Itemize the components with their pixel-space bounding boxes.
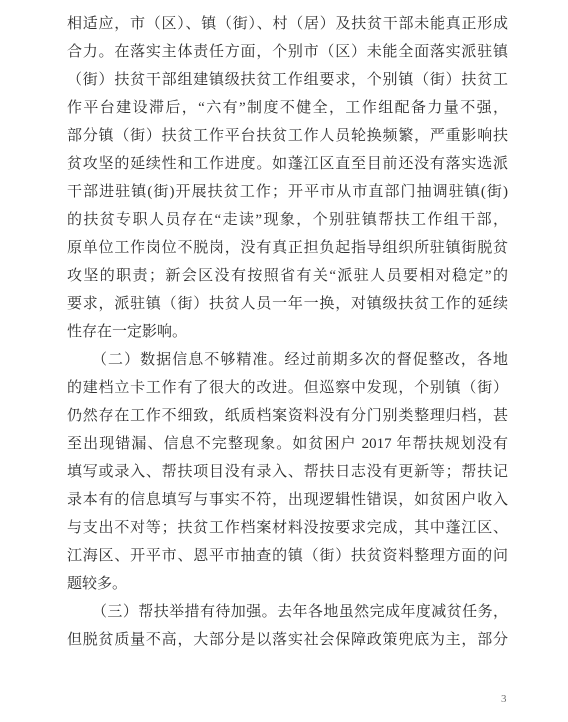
text-line: 但脱贫质量不高，大部分是以落实社会保障政策兜底为主，部分	[67, 626, 508, 654]
text-line: 要求，派驻镇（街）扶贫人员一年一换，对镇级扶贫工作的延续	[67, 290, 508, 318]
text-line: 录本有的信息填写与事实不符，出现逻辑性错误，如贫困户收入	[67, 486, 508, 514]
document-page: 相适应，市（区）、镇（街）、村（居）及扶贫干部未能真正形成 合力。在落实主体责任…	[0, 0, 568, 722]
text-line: 部分镇（街）扶贫工作平台扶贫工作人员轮换频繁，严重影响扶	[67, 122, 508, 150]
text-line: （街）扶贫干部组建镇级扶贫工作组要求，个别镇（街）扶贫工	[67, 66, 508, 94]
body-text: 相适应，市（区）、镇（街）、村（居）及扶贫干部未能真正形成 合力。在落实主体责任…	[67, 10, 508, 654]
text-line: 江海区、开平市、恩平市抽查的镇（街）扶贫资料整理方面的问	[67, 542, 508, 570]
text-line: 至出现错漏、信息不完整现象。如贫困户 2017 年帮扶规划没有	[67, 430, 508, 458]
text-line-paragraph-end: 性存在一定影响。	[67, 318, 508, 346]
text-line: 原单位工作岗位不脱岗，没有真正担负起指导组织所驻镇街脱贫	[67, 234, 508, 262]
text-line: 攻坚的职责；新会区没有按照省有关“派驻人员要相对稳定”的	[67, 262, 508, 290]
text-line: 贫攻坚的延续性和工作进度。如蓬江区直至目前还没有落实选派	[67, 150, 508, 178]
text-line: 填写或录入、帮扶项目没有录入、帮扶日志没有更新等；帮扶记	[67, 458, 508, 486]
text-line: 的扶贫专职人员存在“走读”现象，个别驻镇帮扶工作组干部，	[67, 206, 508, 234]
text-line: 相适应，市（区）、镇（街）、村（居）及扶贫干部未能真正形成	[67, 10, 508, 38]
text-line-paragraph-start: （二）数据信息不够精准。经过前期多次的督促整改，各地	[67, 346, 508, 374]
text-line: 合力。在落实主体责任方面，个别市（区）未能全面落实派驻镇	[67, 38, 508, 66]
text-line: 与支出不对等；扶贫工作档案材料没按要求完成，其中蓬江区、	[67, 514, 508, 542]
text-line: 的建档立卡工作有了很大的改进。但巡察中发现，个别镇（街）	[67, 374, 508, 402]
text-line-paragraph-end: 题较多。	[67, 570, 508, 598]
page-number: 3	[501, 692, 507, 706]
text-line: 作平台建设滞后，“六有”制度不健全，工作组配备力量不强，	[67, 94, 508, 122]
text-line: 仍然存在工作不细致，纸质档案资料没有分门别类整理归档，甚	[67, 402, 508, 430]
text-line-paragraph-start: （三）帮扶举措有待加强。去年各地虽然完成年度减贫任务，	[67, 598, 508, 626]
text-line: 干部进驻镇(街)开展扶贫工作；开平市从市直部门抽调驻镇(街)	[67, 178, 508, 206]
